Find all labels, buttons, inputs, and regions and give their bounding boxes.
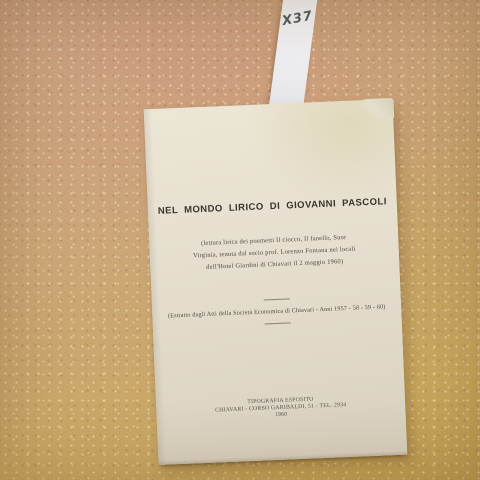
photo-background: X37 NEL MONDO LIRICO DI GIOVANNI PASCOLI…	[0, 0, 480, 480]
booklet-title: NEL MONDO LIRICO DI GIOVANNI PASCOLI	[148, 196, 397, 217]
printer-imprint: TIPOGRAFIA ESPOSITO CHIAVARI - CORSO GAR…	[156, 393, 406, 424]
curled-corner	[363, 98, 394, 119]
divider-top	[263, 298, 289, 300]
handwritten-code: X37	[280, 8, 316, 29]
divider-bottom	[264, 322, 290, 324]
estratto-note: (Estratto dagli Atti della Società Econo…	[158, 303, 395, 320]
booklet-cover: NEL MONDO LIRICO DI GIOVANNI PASCOLI (le…	[144, 99, 408, 465]
estratto-block: (Estratto dagli Atti della Società Econo…	[152, 294, 402, 329]
booklet-subtitle: (lettura lirica dei poemetti Il ciocco, …	[189, 231, 360, 274]
